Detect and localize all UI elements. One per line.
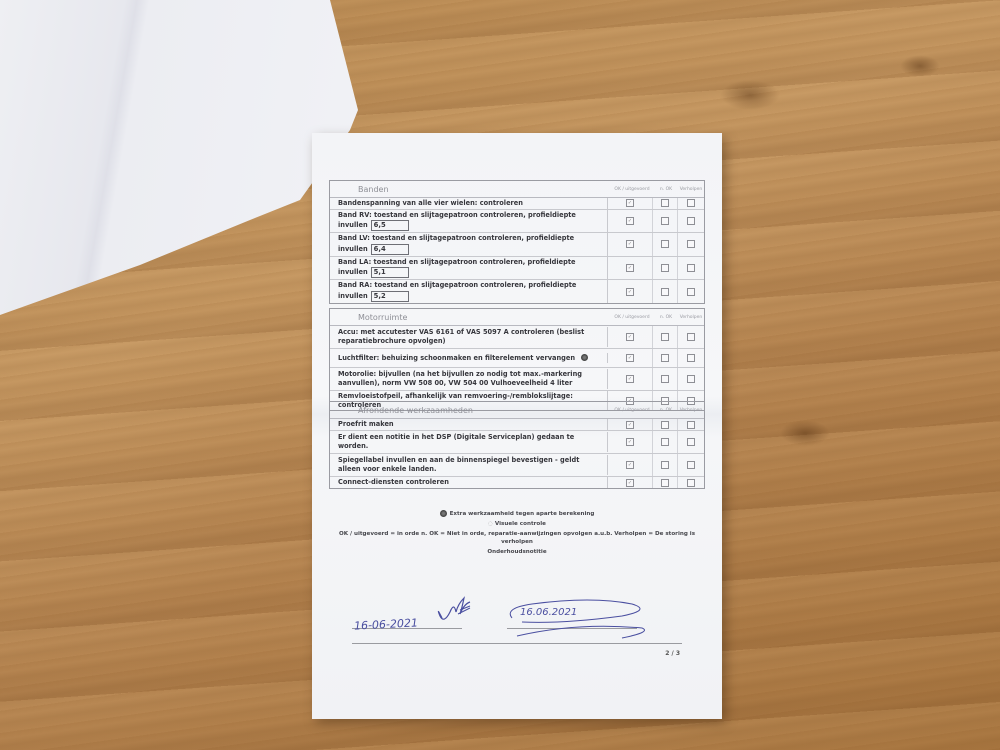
checkbox-not-ok[interactable] <box>661 288 669 296</box>
checkbox-fixed[interactable] <box>687 461 695 469</box>
wood-knot <box>780 420 830 446</box>
section-title: Motorruimte <box>330 313 610 322</box>
checkbox-ok[interactable]: ✓ <box>626 240 634 248</box>
tread-depth-field[interactable]: 6,4 <box>371 244 409 255</box>
checklist-row: Connect-diensten controleren✓ <box>330 477 704 488</box>
checklist-row: Bandenspanning van alle vier wielen: con… <box>330 198 704 210</box>
wood-knot <box>900 55 940 77</box>
row-description: Er dient een notitie in het DSP (Digital… <box>330 432 608 451</box>
checkbox-ok[interactable]: ✓ <box>626 438 634 446</box>
column-header: OK / uitgevoerd <box>610 187 654 192</box>
row-description: Band RA: toestand en slijtagepatroon con… <box>330 280 608 303</box>
maintenance-checklist-page: BandenOK / uitgevoerdn. OKVerholpenBande… <box>312 133 722 719</box>
checkbox-fixed[interactable] <box>687 354 695 362</box>
maintenance-note-label: Onderhoudsnotitie <box>312 549 722 557</box>
section-title: Banden <box>330 185 610 194</box>
checkbox-fixed[interactable] <box>687 479 695 487</box>
checkbox-ok[interactable]: ✓ <box>626 217 634 225</box>
section-header: Afrondende werkzaamhedenOK / uitgevoerdn… <box>330 402 704 419</box>
checkbox-fixed[interactable] <box>687 288 695 296</box>
checkbox-cell: ✓ <box>608 198 653 209</box>
tread-depth-line: invullen6,5 <box>338 220 603 231</box>
row-description: Proefrit maken <box>330 419 608 430</box>
column-header: OK / uitgevoerd <box>610 408 654 413</box>
section-banden: BandenOK / uitgevoerdn. OKVerholpenBande… <box>329 180 705 304</box>
row-text: Bandenspanning van alle vier wielen: con… <box>338 199 603 208</box>
checkbox-cell <box>678 326 704 348</box>
checkbox-cell: ✓ <box>608 431 653 453</box>
checkbox-cell <box>653 210 678 233</box>
checkbox-cell <box>678 233 704 256</box>
row-text: Connect-diensten controleren <box>338 478 603 487</box>
checkbox-cell: ✓ <box>608 368 653 390</box>
checkbox-fixed[interactable] <box>687 333 695 341</box>
checkbox-cell: ✓ <box>608 349 653 367</box>
fill-label: invullen <box>338 221 368 230</box>
tread-depth-line: invullen5,1 <box>338 267 603 278</box>
checkbox-fixed[interactable] <box>687 217 695 225</box>
checklist-row: Luchtfilter: behuizing schoonmaken en fi… <box>330 349 704 368</box>
loose-paper-sheet <box>0 0 360 315</box>
page-number: 2 / 3 <box>665 650 680 657</box>
extra-work-icon <box>581 354 588 361</box>
checkbox-ok[interactable]: ✓ <box>626 199 634 207</box>
checkbox-ok[interactable]: ✓ <box>626 333 634 341</box>
row-description: Accu: met accutester VAS 6161 of VAS 509… <box>330 327 608 346</box>
visual-check-icon: ◌ <box>488 521 495 527</box>
checkbox-ok[interactable]: ✓ <box>626 479 634 487</box>
section-motorruimte: MotorruimteOK / uitgevoerdn. OKVerholpen… <box>329 308 705 411</box>
tread-depth-field[interactable]: 5,2 <box>371 291 409 302</box>
column-header: Verholpen <box>678 408 704 413</box>
checkbox-fixed[interactable] <box>687 240 695 248</box>
checkbox-not-ok[interactable] <box>661 421 669 429</box>
extra-work-icon <box>440 510 447 517</box>
row-text: Accu: met accutester VAS 6161 of VAS 509… <box>338 328 603 345</box>
checkbox-fixed[interactable] <box>687 375 695 383</box>
checkbox-cell <box>678 477 704 488</box>
section-header: BandenOK / uitgevoerdn. OKVerholpen <box>330 181 704 198</box>
checkbox-cell <box>678 257 704 280</box>
row-description: Bandenspanning van alle vier wielen: con… <box>330 198 608 209</box>
column-header: Verholpen <box>678 315 704 320</box>
checkbox-ok[interactable]: ✓ <box>626 421 634 429</box>
checkbox-fixed[interactable] <box>687 421 695 429</box>
checkbox-fixed[interactable] <box>687 264 695 272</box>
checkbox-ok[interactable]: ✓ <box>626 354 634 362</box>
tread-depth-field[interactable]: 6,5 <box>371 220 409 231</box>
checkbox-cell <box>678 280 704 303</box>
checkbox-cell <box>653 326 678 348</box>
tread-depth-line: invullen5,2 <box>338 291 603 302</box>
checklist-row: Band RA: toestand en slijtagepatroon con… <box>330 280 704 303</box>
signature-date-right: 16.06.2021 <box>520 607 577 618</box>
checkbox-fixed[interactable] <box>687 438 695 446</box>
checkbox-cell <box>678 419 704 430</box>
wood-knot <box>720 80 780 110</box>
tread-depth-line: invullen6,4 <box>338 244 603 255</box>
legend-visual-check: ◌ Visuele controle <box>312 521 722 529</box>
checklist-row: Band LA: toestand en slijtagepatroon con… <box>330 257 704 281</box>
section-title: Afrondende werkzaamheden <box>330 406 610 415</box>
checkbox-cell: ✓ <box>608 257 653 280</box>
column-header: OK / uitgevoerd <box>610 315 654 320</box>
checkbox-not-ok[interactable] <box>661 438 669 446</box>
checklist-row: Accu: met accutester VAS 6161 of VAS 509… <box>330 326 704 349</box>
checkbox-not-ok[interactable] <box>661 264 669 272</box>
row-description: Connect-diensten controleren <box>330 477 608 488</box>
checkbox-cell: ✓ <box>608 477 653 488</box>
column-header: n. OK <box>654 187 678 192</box>
checkbox-cell <box>653 477 678 488</box>
checkbox-cell: ✓ <box>608 210 653 233</box>
checkbox-ok[interactable]: ✓ <box>626 461 634 469</box>
checkbox-cell <box>678 210 704 233</box>
checkbox-not-ok[interactable] <box>661 217 669 225</box>
row-text: Band RV: toestand en slijtagepatroon con… <box>338 211 603 220</box>
row-description: Band LA: toestand en slijtagepatroon con… <box>330 257 608 280</box>
checklist-row: Motorolie: bijvullen (na het bijvullen z… <box>330 368 704 391</box>
row-text: Motorolie: bijvullen (na het bijvullen z… <box>338 370 603 387</box>
checkbox-cell <box>653 233 678 256</box>
checkbox-not-ok[interactable] <box>661 199 669 207</box>
checkbox-ok[interactable]: ✓ <box>626 375 634 383</box>
checkbox-cell: ✓ <box>608 233 653 256</box>
checkbox-not-ok[interactable] <box>661 240 669 248</box>
checkbox-cell <box>678 368 704 390</box>
checklist-row: Spiegellabel invullen en aan de binnensp… <box>330 454 704 477</box>
checkbox-not-ok[interactable] <box>661 461 669 469</box>
checkbox-cell <box>653 368 678 390</box>
checkbox-cell <box>653 257 678 280</box>
section-afrondende-werkzaamheden: Afrondende werkzaamhedenOK / uitgevoerdn… <box>329 401 705 489</box>
tread-depth-field[interactable]: 5,1 <box>371 267 409 278</box>
checkbox-ok[interactable]: ✓ <box>626 264 634 272</box>
checkbox-not-ok[interactable] <box>661 333 669 341</box>
checkbox-not-ok[interactable] <box>661 479 669 487</box>
column-header: n. OK <box>654 408 678 413</box>
checkbox-cell <box>653 431 678 453</box>
checkbox-cell: ✓ <box>608 419 653 430</box>
checkbox-ok[interactable]: ✓ <box>626 288 634 296</box>
checkbox-fixed[interactable] <box>687 199 695 207</box>
legend-explanation: OK / uitgevoerd = in orde n. OK = Niet i… <box>312 531 722 547</box>
row-text: Band LA: toestand en slijtagepatroon con… <box>338 258 603 267</box>
checkbox-cell: ✓ <box>608 454 653 476</box>
row-text: Luchtfilter: behuizing schoonmaken en fi… <box>338 354 603 363</box>
row-text: Er dient een notitie in het DSP (Digital… <box>338 433 603 450</box>
checkbox-not-ok[interactable] <box>661 375 669 383</box>
column-header: Verholpen <box>678 187 704 192</box>
row-text: Band RA: toestand en slijtagepatroon con… <box>338 281 603 290</box>
row-description: Band LV: toestand en slijtagepatroon con… <box>330 233 608 256</box>
checkbox-cell: ✓ <box>608 326 653 348</box>
checkbox-cell <box>653 280 678 303</box>
checkbox-cell <box>653 454 678 476</box>
checkbox-cell <box>678 349 704 367</box>
row-text: Spiegellabel invullen en aan de binnensp… <box>338 456 603 473</box>
checkbox-cell <box>678 431 704 453</box>
row-description: Motorolie: bijvullen (na het bijvullen z… <box>330 369 608 388</box>
row-description: Luchtfilter: behuizing schoonmaken en fi… <box>330 353 608 364</box>
row-text: Proefrit maken <box>338 420 603 429</box>
checkbox-cell: ✓ <box>608 280 653 303</box>
fill-label: invullen <box>338 268 368 277</box>
section-header: MotorruimteOK / uitgevoerdn. OKVerholpen <box>330 309 704 326</box>
fill-label: invullen <box>338 292 368 301</box>
checklist-row: Er dient een notitie in het DSP (Digital… <box>330 431 704 454</box>
checklist-row: Band RV: toestand en slijtagepatroon con… <box>330 210 704 234</box>
checkbox-cell <box>678 454 704 476</box>
checklist-row: Proefrit maken✓ <box>330 419 704 431</box>
checkbox-cell <box>678 198 704 209</box>
checklist-row: Band LV: toestand en slijtagepatroon con… <box>330 233 704 257</box>
fill-label: invullen <box>338 245 368 254</box>
checkbox-cell <box>653 419 678 430</box>
legend-extra-work: Extra werkzaamheid tegen aparte berekeni… <box>312 510 722 519</box>
checkbox-not-ok[interactable] <box>661 354 669 362</box>
row-description: Band RV: toestand en slijtagepatroon con… <box>330 210 608 233</box>
checkbox-cell <box>653 349 678 367</box>
column-header: n. OK <box>654 315 678 320</box>
row-description: Spiegellabel invullen en aan de binnensp… <box>330 455 608 474</box>
row-text: Band LV: toestand en slijtagepatroon con… <box>338 234 603 243</box>
checkbox-cell <box>653 198 678 209</box>
